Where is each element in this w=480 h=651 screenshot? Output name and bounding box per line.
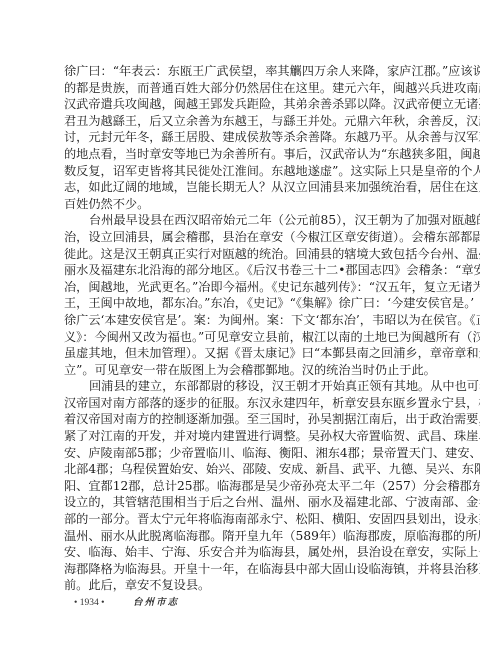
text-line: 安、庐陵南部5郡；少帝置临川、临海、衡阳、湘东4郡；景帝置天门、建安、建平、合浦 bbox=[64, 445, 417, 462]
text-line: 部的一部分。晋太宁元年将临海南部永宁、松阳、横阳、安固四县划出，设永嘉郡， bbox=[64, 511, 417, 528]
text-line: 王，王闽中故地，都东冶。”东冶，《史记》“《集解》徐广曰：‘今建安侯官是。’《索… bbox=[64, 295, 417, 312]
text-line: 虽虚其地，但未加管理）。又据《晋太康记》曰“本鄞县南之回浦乡，章帝章和元年 bbox=[64, 345, 417, 362]
text-line: 回浦县的建立，东部都尉的移设，汉王朝才开始真正领有其地。从中也可看出 bbox=[64, 378, 417, 395]
text-line: 阳、宜都12郡，总计25郡。临海郡是吴少帝孙亮太平二年（257）分会稽郡东部境域 bbox=[64, 478, 417, 495]
text-line: 志，如此辽阔的地域，岂能长期无人？从汉立回浦县来加强统治看，居住在这儿的 bbox=[64, 179, 417, 196]
text-line: 着汉帝国对南方的控制逐渐加强。至三国时，孙吴割据江南后，出于政治需要，加 bbox=[64, 411, 417, 428]
text-line: 立”。可见章安一带在版图上为会稽郡鄞地。汉的统治当时仍止于此。 bbox=[64, 362, 417, 379]
text-line: 义》：今闽州又改为福也。”可见章安立县前，椒江以南的土地已为闽越所有（汉武帝 bbox=[64, 329, 417, 346]
text-line: 汉武帝遣兵攻闽越，闽越王郢发兵距险，其弟余善杀郢以降。汉武帝便立无诸孙繇 bbox=[64, 96, 417, 113]
text-line: 冶，闽越地，光武更名。”冶即今福州。《史记东越列传》：“汉五年，复立无诸为闽越 bbox=[64, 279, 417, 296]
page-number: • 1934 • bbox=[74, 596, 130, 610]
document-body: 徐广曰：“年表云：东瓯王广武侯望，率其觽四万余人来降，家庐江郡。”应该说从迁 的… bbox=[64, 63, 417, 594]
text-line: 紧了对江南的开发，并对境内建置进行调整。吴孙权大帝置临贺、武昌、珠崖、新 bbox=[64, 428, 417, 445]
text-line: 海郡降格为临海县。开皇十一年，在临海县中部大固山设临海镇，并将县治移至镇 bbox=[64, 561, 417, 578]
text-line: 的都是贵族，而普通百姓大部分仍然居住在这里。建元六年，闽越兴兵进攻南越， bbox=[64, 80, 417, 97]
text-line: 数反复，诏军吏皆将其民徙处江淮间。东越地遂虚”。这实际上只是皇帝的个人意 bbox=[64, 163, 417, 180]
text-line: 徐广云‘本建安侯官是’。案：为闽州。案：下文‘都东冶’，韦昭以为在侯官。《正 bbox=[64, 312, 417, 329]
text-line: 设立的，其管辖范围相当于后之台州、温州、丽水及福建北部、宁波南部、金华东南 bbox=[64, 494, 417, 511]
paragraph-2: 台州最早设县在西汉昭帝始元二年（公元前85），汉王朝为了加强对瓯越的统 治，设立… bbox=[64, 212, 417, 378]
text-line: 温州、丽水从此脱离临海郡。隋开皇九年（589年）临海郡废，原临海郡的所属县章 bbox=[64, 528, 417, 545]
text-line: 安、临海、始丰、宁海、乐安合并为临海县，属处州，县治设在章安，实际上也就是临 bbox=[64, 544, 417, 561]
text-line: 徙此。这是汉王朝真正实行对瓯越的统治。回浦县的辖境大致包括今台州、温州、 bbox=[64, 246, 417, 263]
text-line: 百姓仍然不少。 bbox=[64, 196, 417, 213]
text-line: 前。此后，章安不复设县。 bbox=[64, 577, 417, 594]
text-line: 讨，元封元年冬，繇王居股、建成侯敖等杀余善降。东越乃平。从余善与汉军对抗 bbox=[64, 129, 417, 146]
text-line: 的地点看，当时章安等地已为余善所有。事后，汉武帝认为“东越狭多阻，闽越悍， bbox=[64, 146, 417, 163]
text-line: 汉帝国对南方部落的逐步的征服。东汉永建四年，析章安县东瓯乡置永宁县，标志 bbox=[64, 395, 417, 412]
text-line: 台州最早设县在西汉昭帝始元二年（公元前85），汉王朝为了加强对瓯越的统 bbox=[64, 212, 417, 229]
text-line: 北部4郡；乌程侯置始安、始兴、邵陵、安成、新昌、武平、九德、吴兴、东阳、桂林、荥 bbox=[64, 461, 417, 478]
paragraph-3: 回浦县的建立，东部都尉的移设，汉王朝才开始真正领有其地。从中也可看出 汉帝国对南… bbox=[64, 378, 417, 594]
page-footer: • 1934 • 台州市志 bbox=[74, 596, 179, 610]
book-title: 台州市志 bbox=[133, 596, 179, 610]
text-line: 丽水及福建东北沿海的部分地区。《后汉书卷三十二•郡国志四》会稽条：“章安故 bbox=[64, 262, 417, 279]
text-line: 徐广曰：“年表云：东瓯王广武侯望，率其觽四万余人来降，家庐江郡。”应该说从迁 bbox=[64, 63, 417, 80]
paragraph-1: 徐广曰：“年表云：东瓯王广武侯望，率其觽四万余人来降，家庐江郡。”应该说从迁 的… bbox=[64, 63, 417, 212]
text-line: 治，设立回浦县，属会稽郡，县治在章安（今椒江区章安街道）。会稽东部都尉一度 bbox=[64, 229, 417, 246]
text-line: 君丑为越繇王，后又立余善为东越王，与繇王并处。元鼎六年秋，余善反，汉起兵征 bbox=[64, 113, 417, 130]
